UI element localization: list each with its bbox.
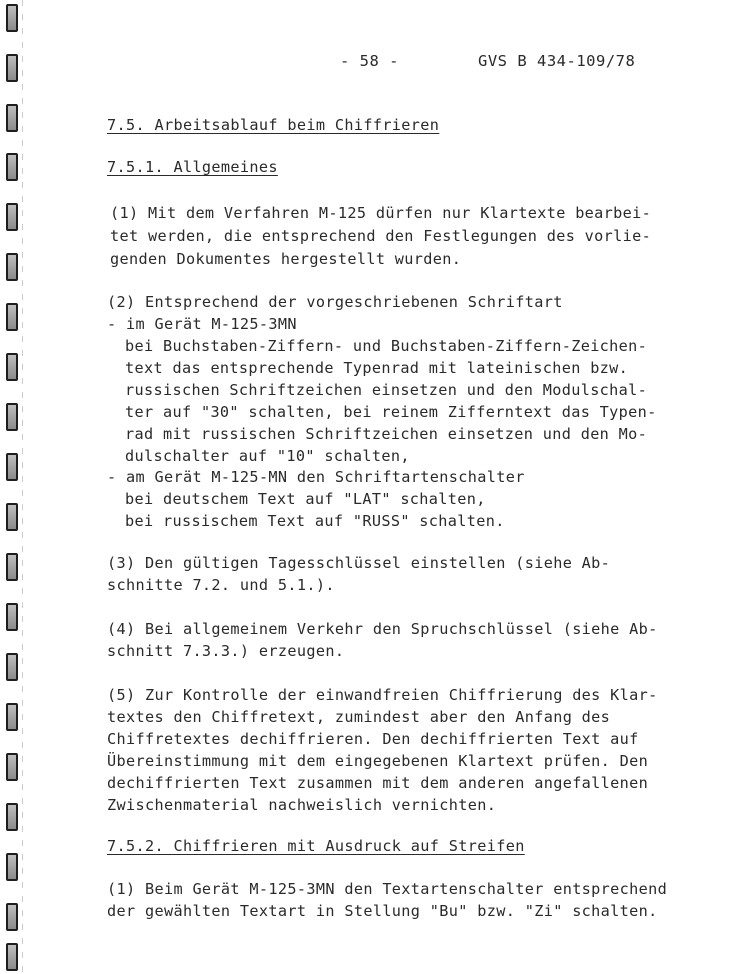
punch-hole [6, 943, 18, 971]
text-line: rad mit russischen Schriftzeichen einset… [125, 425, 647, 443]
text-line: schnitt 7.3.3.) erzeugen. [107, 642, 344, 660]
text-line: text das entsprechende Typenrad mit late… [125, 359, 628, 377]
punch-hole [6, 703, 18, 731]
text-line: ter auf "30" schalten, bei reinem Ziffer… [125, 403, 657, 421]
text-line: tet werden, die entsprechend den Festleg… [110, 227, 651, 245]
text-line: dechiffrierten Text zusammen mit dem and… [107, 774, 648, 792]
punch-hole [6, 603, 18, 631]
text-line: (5) Zur Kontrolle der einwandfreien Chif… [107, 686, 658, 704]
text-line: bei russischem Text auf "RUSS" schalten. [125, 512, 505, 530]
punch-hole [6, 203, 18, 231]
subsection-heading: 7.5.1. Allgemeines [107, 158, 278, 176]
text-line: bei deutschem Text auf "LAT" schalten, [125, 490, 486, 508]
text-line: Zwischenmaterial nachweislich vernichten… [107, 796, 496, 814]
page-number: - 58 - [340, 52, 399, 70]
punch-hole [6, 503, 18, 531]
punch-hole [6, 4, 18, 32]
text-line: Chiffretextes dechiffrieren. Den dechiff… [107, 730, 639, 748]
text-line: textes den Chiffretext, zumindest aber d… [107, 708, 610, 726]
text-line: - am Gerät M-125-MN den Schriftartenscha… [107, 468, 525, 486]
text-line: schnitte 7.2. und 5.1.). [107, 576, 335, 594]
page-edge [22, 0, 23, 974]
punch-hole [6, 753, 18, 781]
text-line: (2) Entsprechend der vorgeschriebenen Sc… [107, 293, 563, 311]
text-line: bei Buchstaben-Ziffern- und Buchstaben-Z… [125, 337, 647, 355]
punch-hole [6, 104, 18, 132]
text-line: dulschalter auf "10" schalten, [125, 447, 410, 465]
section-heading: 7.5. Arbeitsablauf beim Chiffrieren [107, 116, 439, 134]
punch-hole [6, 253, 18, 281]
punch-hole [6, 853, 18, 881]
text-line: - im Gerät M-125-3MN [107, 315, 297, 333]
punch-hole [6, 653, 18, 681]
text-line: genden Dokumentes hergestellt wurden. [110, 250, 461, 268]
text-line: russischen Schriftzeichen einsetzen und … [125, 381, 647, 399]
punch-hole [6, 453, 18, 481]
text-line: (1) Beim Gerät M-125-3MN den Textartensc… [107, 880, 667, 898]
text-line: (3) Den gültigen Tagesschlüssel einstell… [107, 554, 610, 572]
punch-hole [6, 54, 18, 82]
punch-hole [6, 803, 18, 831]
punch-hole [6, 153, 18, 181]
text-line: der gewählten Textart in Stellung "Bu" b… [107, 902, 658, 920]
punch-hole [6, 403, 18, 431]
punch-hole [6, 903, 18, 931]
punch-hole [6, 553, 18, 581]
text-line: (4) Bei allgemeinem Verkehr den Spruchsc… [107, 620, 658, 638]
binding-holes [6, 0, 20, 974]
document-reference: GVS B 434-109/78 [478, 52, 635, 70]
text-line: (1) Mit dem Verfahren M-125 dürfen nur K… [110, 204, 651, 222]
text-line: Übereinstimmung mit dem eingegebenen Kla… [107, 752, 648, 770]
punch-hole [6, 353, 18, 381]
subsection-heading: 7.5.2. Chiffrieren mit Ausdruck auf Stre… [107, 837, 525, 855]
punch-hole [6, 303, 18, 331]
